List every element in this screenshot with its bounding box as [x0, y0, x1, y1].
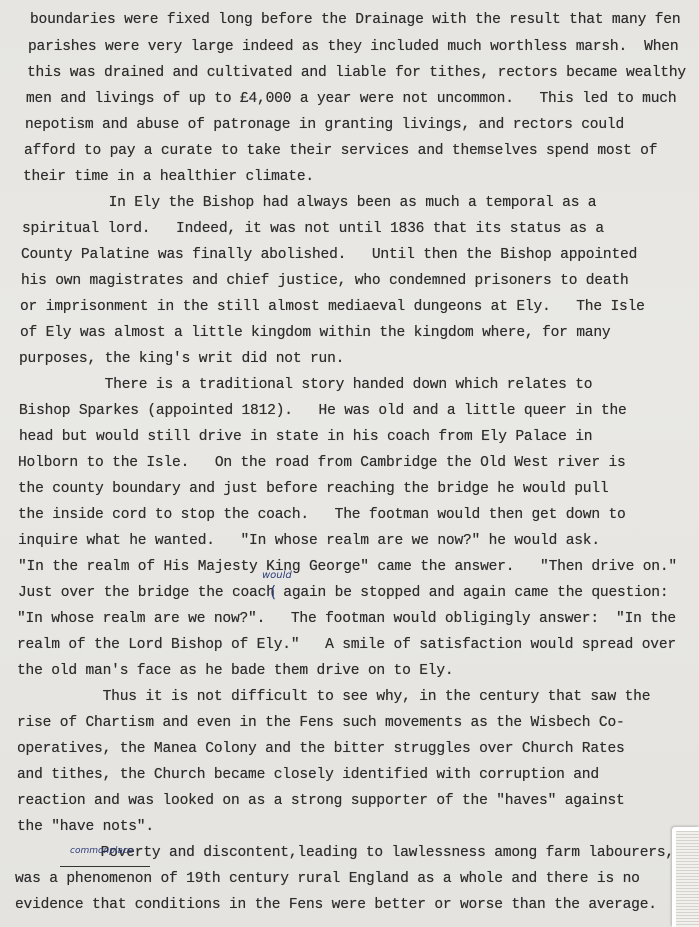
text-line: this was drained and cultivated and liab… [27, 65, 686, 81]
text-line: operatives, the Manea Colony and the bit… [17, 741, 625, 757]
text-line: head but would still drive in state in h… [19, 429, 592, 445]
text-line: There is a traditional story handed down… [19, 377, 592, 393]
text-line: their time in a healthier climate. [23, 169, 314, 185]
text-line: spiritual lord. Indeed, it was not until… [22, 221, 604, 237]
text-line: Just over the bridge the coach again be … [18, 585, 668, 601]
text-line: evidence that conditions in the Fens wer… [15, 897, 657, 913]
text-line: his own magistrates and chief justice, w… [21, 273, 629, 289]
text-line: Holborn to the Isle. On the road from Ca… [18, 455, 626, 471]
text-line: of Ely was almost a little kingdom withi… [20, 325, 610, 341]
insertion-caret: ( [270, 582, 276, 601]
text-line: rise of Chartism and even in the Fens su… [17, 715, 625, 731]
text-line: inquire what he wanted. "In whose realm … [18, 533, 600, 549]
text-line: parishes were very large indeed as they … [28, 39, 678, 55]
page-thumbnail[interactable] [672, 827, 699, 927]
text-line: nepotism and abuse of patronage in grant… [25, 117, 624, 133]
text-line: In Ely the Bishop had always been as muc… [23, 195, 596, 211]
page-number-mark [322, 0, 362, 4]
text-line: Thus it is not difficult to see why, in … [17, 689, 650, 705]
text-line: purposes, the king's writ did not run. [19, 351, 344, 367]
text-line: and tithes, the Church became closely id… [17, 767, 599, 783]
handwritten-replacement: commonplace [70, 846, 133, 856]
handwritten-insert-would: would [262, 570, 292, 581]
text-line: the county boundary and just before reac… [18, 481, 608, 497]
text-line: "In the realm of His Majesty King George… [18, 559, 677, 575]
strikethrough-mark [60, 866, 150, 867]
text-line: the old man's face as he bade them drive… [17, 663, 453, 679]
text-line: County Palatine was finally abolished. U… [21, 247, 637, 263]
text-line: boundaries were fixed long before the Dr… [30, 12, 680, 28]
text-line: or imprisonment in the still almost medi… [20, 299, 645, 315]
text-line: Bishop Sparkes (appointed 1812). He was … [19, 403, 627, 419]
thumbnail-preview [676, 831, 699, 927]
text-line: afford to pay a curate to take their ser… [24, 143, 657, 159]
text-line: realm of the Lord Bishop of Ely." A smil… [17, 637, 676, 653]
text-line: "In whose realm are we now?". The footma… [17, 611, 676, 627]
text-line: the "have nots". [17, 819, 154, 835]
text-line: was a phenomenon of 19th century rural E… [15, 871, 640, 887]
text-line: men and livings of up to £4,000 a year w… [26, 91, 676, 107]
text-line: the inside cord to stop the coach. The f… [18, 507, 626, 523]
text-line: reaction and was looked on as a strong s… [17, 793, 625, 809]
